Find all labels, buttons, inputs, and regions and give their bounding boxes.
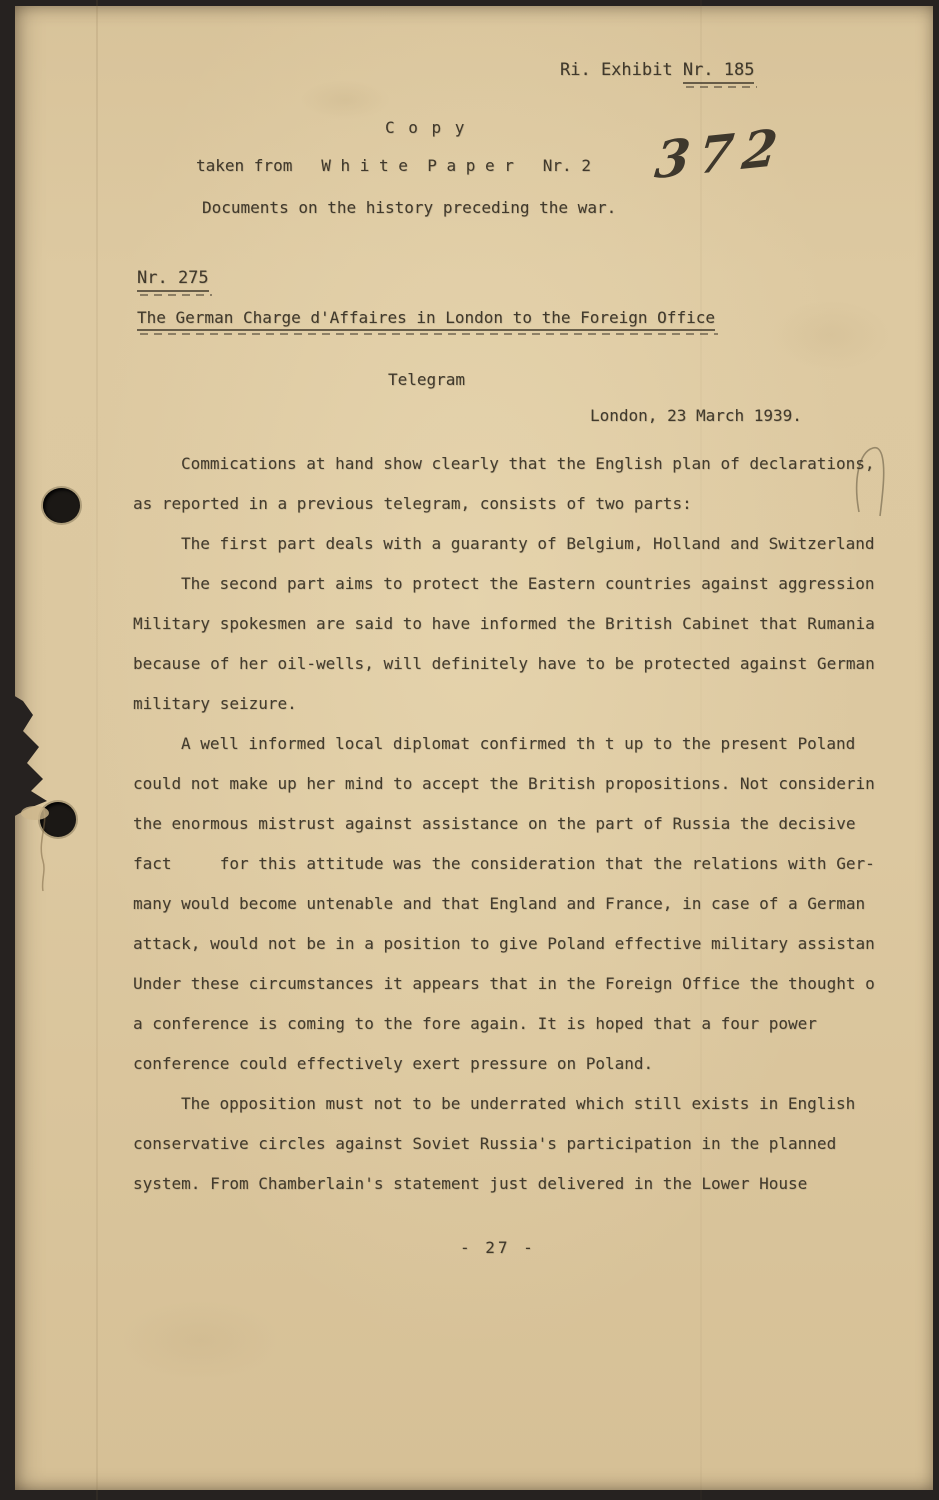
scanned-document: Ri. Exhibit Nr. 185 C o p y taken from W… xyxy=(0,0,939,1500)
document-line: the enormous mistrust against assistance… xyxy=(133,804,923,844)
paper-stain xyxy=(770,300,890,370)
exhibit-label: Ri. Exhibit Nr. 185 xyxy=(560,60,754,84)
document-type: Telegram xyxy=(388,370,465,389)
document-line: military seizure. xyxy=(133,684,923,724)
paper-stain xyxy=(120,1300,280,1380)
punch-hole xyxy=(43,488,80,523)
document-line: conference could effectively exert press… xyxy=(133,1044,923,1084)
document-number: Nr. 275 xyxy=(137,268,209,292)
document-body: Commications at hand show clearly that t… xyxy=(133,444,923,1204)
document-line: Commications at hand show clearly that t… xyxy=(133,444,923,484)
document-line: The opposition must not to be underrated… xyxy=(133,1084,923,1124)
dateline: London, 23 March 1939. xyxy=(590,406,802,425)
document-line: attack, would not be in a position to gi… xyxy=(133,924,923,964)
torn-edge xyxy=(13,695,83,895)
document-line: Under these circumstances it appears tha… xyxy=(133,964,923,1004)
document-line: as reported in a previous telegram, cons… xyxy=(133,484,923,524)
paper-crease xyxy=(96,0,98,1500)
exhibit-prefix: Ri. Exhibit xyxy=(560,60,683,80)
document-line: could not make up her mind to accept the… xyxy=(133,764,923,804)
document-line: Military spokesmen are said to have info… xyxy=(133,604,923,644)
document-line: The first part deals with a guaranty of … xyxy=(133,524,923,564)
document-line: a conference is coming to the fore again… xyxy=(133,1004,923,1044)
document-title: The German Charge d'Affaires in London t… xyxy=(137,308,715,331)
document-number-text: Nr. 275 xyxy=(137,268,209,292)
document-line: because of her oil-wells, will definitel… xyxy=(133,644,923,684)
exhibit-number: Nr. 185 xyxy=(683,60,755,84)
document-line: A well informed local diplomat confirmed… xyxy=(133,724,923,764)
document-line: system. From Chamberlain's statement jus… xyxy=(133,1164,923,1204)
document-title-text: The German Charge d'Affaires in London t… xyxy=(137,308,715,331)
taken-from-line: taken from W h i t e P a p e r Nr. 2 xyxy=(196,156,591,175)
document-line: many would become untenable and that Eng… xyxy=(133,884,923,924)
document-line: The second part aims to protect the East… xyxy=(133,564,923,604)
paper-stain xyxy=(300,80,390,120)
source-line: Documents on the history preceding the w… xyxy=(202,198,616,217)
document-line: conservative circles against Soviet Russ… xyxy=(133,1124,923,1164)
document-line: fact for this attitude was the considera… xyxy=(133,844,923,884)
copy-heading: C o p y xyxy=(385,118,466,137)
page-number: - 27 - xyxy=(460,1238,536,1257)
